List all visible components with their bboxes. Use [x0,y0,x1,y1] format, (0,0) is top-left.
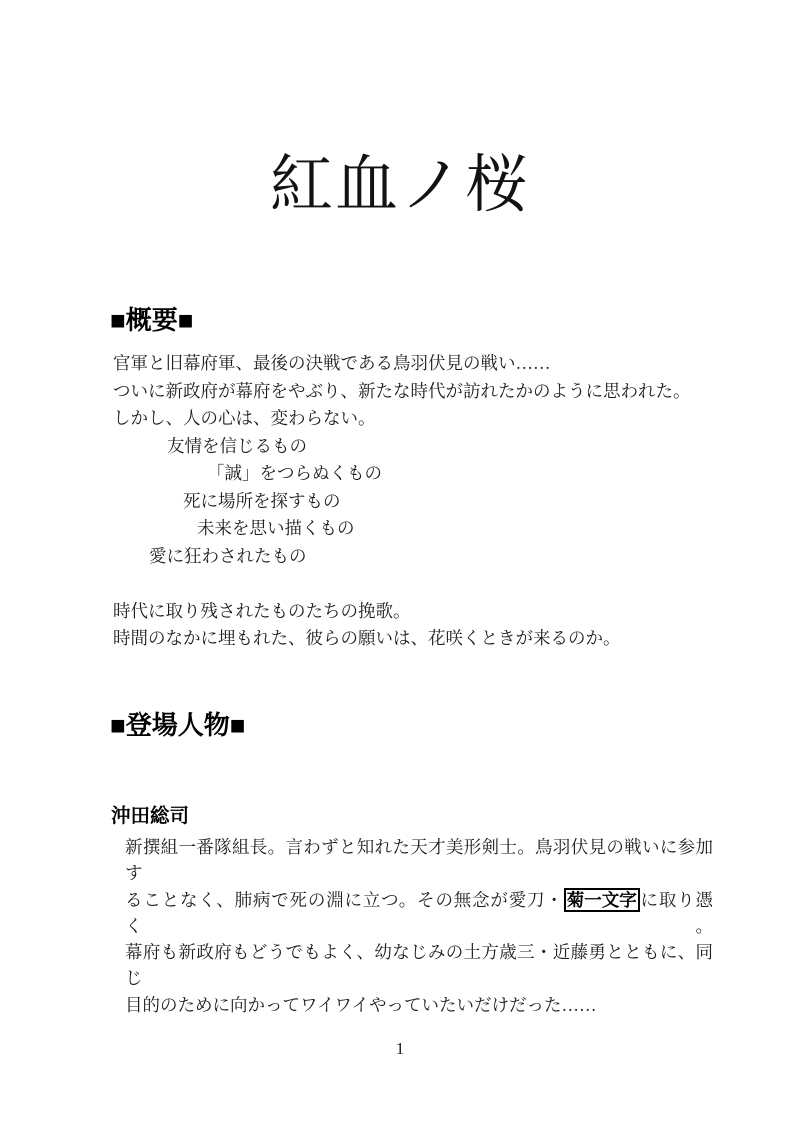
character-description-line: ることなく、肺病で死の淵に立つ。その無念が愛刀・菊一文字に取り憑く。 [125,887,713,940]
overview-line: 死に場所を探すもの [113,488,733,516]
overview-line: 官軍と旧幕府軍、最後の決戦である鳥羽伏見の戦い…… [113,350,733,378]
overview-body: 官軍と旧幕府軍、最後の決戦である鳥羽伏見の戦い…… ついに新政府が幕府をやぶり、… [113,350,733,653]
description-text-before-box: ることなく、肺病で死の淵に立つ。その無念が愛刀・ [125,890,564,910]
character-description-line: 新撰組一番隊組長。言わずと知れた天才美形剣士。鳥羽伏見の戦いに参加す [125,834,713,887]
section-heading-characters: ■登場人物■ [110,710,245,740]
boxed-sword-term: 菊一文字 [564,888,640,912]
document-page: 紅血ノ桜 ■概要■ 官軍と旧幕府軍、最後の決戦である鳥羽伏見の戦い…… ついに新… [0,0,800,1131]
overview-line: 時間のなかに埋もれた、彼らの願いは、花咲くときが来るのか。 [113,625,733,653]
overview-line: 未来を思い描くもの [113,515,733,543]
character-name: 沖田総司 [111,804,189,828]
section-heading-overview: ■概要■ [110,305,193,335]
overview-line: 時代に取り残されたものたちの挽歌。 [113,598,733,626]
page-number: 1 [0,1039,800,1059]
overview-line: 友情を信じるもの [113,433,733,461]
overview-line: しかし、人の心は、変わらない。 [113,405,733,433]
overview-line: 愛に狂わされたもの [113,543,733,571]
character-description-line: 幕府も新政府もどうでもよく、幼なじみの土方歳三・近藤勇とともに、同じ [125,939,713,992]
document-title: 紅血ノ桜 [0,148,800,222]
overview-line: 「誠」をつらぬくもの [113,460,733,488]
character-description-line: 目的のために向かってワイワイやっていたいだけだった…… [125,992,713,1018]
character-description: 新撰組一番隊組長。言わずと知れた天才美形剣士。鳥羽伏見の戦いに参加す ることなく… [125,834,713,1018]
overview-line: ついに新政府が幕府をやぶり、新たな時代が訪れたかのように思われた。 [113,378,733,406]
